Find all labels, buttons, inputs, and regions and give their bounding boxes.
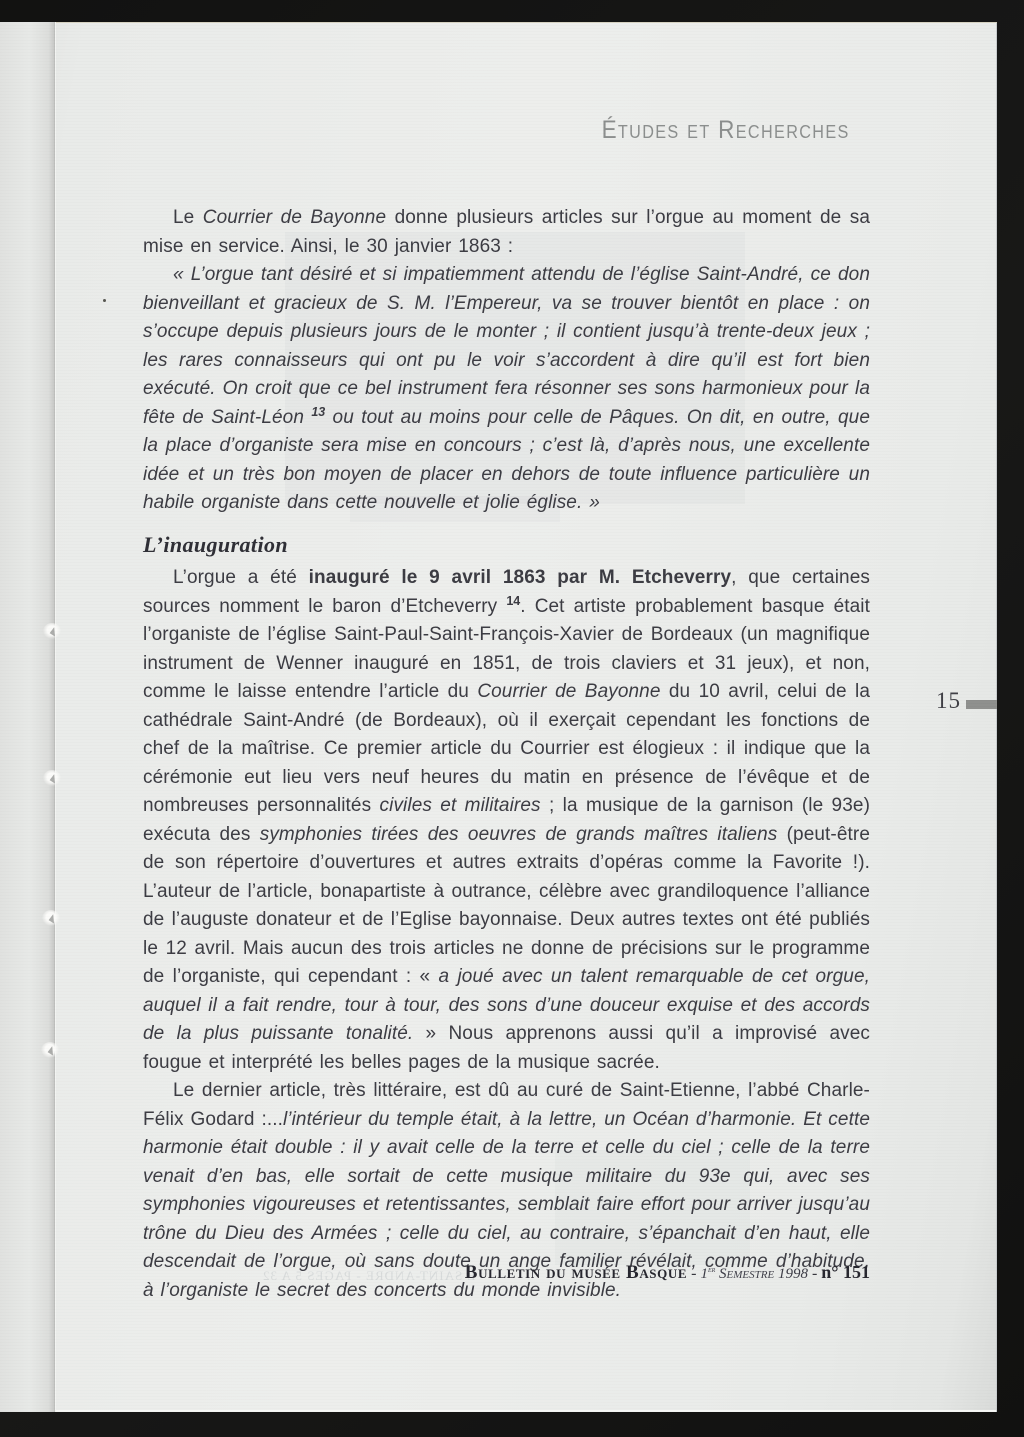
scanner-background: E SAINT-ANDRE - PAGES 5 A 32 Études et R… — [0, 0, 1024, 1437]
book-page: E SAINT-ANDRE - PAGES 5 A 32 Études et R… — [0, 22, 997, 1412]
paragraph: L’orgue a été inauguré le 9 avril 1863 p… — [143, 564, 870, 1077]
page-gutter-fold — [0, 22, 55, 1412]
paragraph: Le Courrier de Bayonne donne plusieurs a… — [143, 204, 870, 261]
page-number-rule — [966, 700, 997, 709]
footer-separator: - — [687, 1265, 700, 1282]
paragraph: « L’orgue tant désiré et si impatiemment… — [143, 261, 870, 518]
binding-stitch — [41, 1042, 59, 1058]
running-header: Études et Recherches — [602, 116, 850, 145]
page-number: 15 — [936, 688, 961, 714]
dust-speck — [103, 299, 106, 302]
page-footer: Bulletin du musée Basque - 1er Semestre … — [465, 1262, 870, 1284]
binding-stitch — [43, 770, 61, 786]
issue-label: 1er Semestre 1998 — [700, 1266, 808, 1282]
issue-number: n° 151 — [821, 1262, 870, 1282]
footer-separator: - — [808, 1265, 821, 1282]
journal-title: Bulletin du musée Basque — [465, 1262, 687, 1283]
article-body: Le Courrier de Bayonne donne plusieurs a… — [143, 204, 870, 1305]
binding-stitch — [42, 910, 60, 926]
binding-stitch — [43, 623, 61, 639]
section-heading: L’inauguration — [143, 531, 870, 560]
